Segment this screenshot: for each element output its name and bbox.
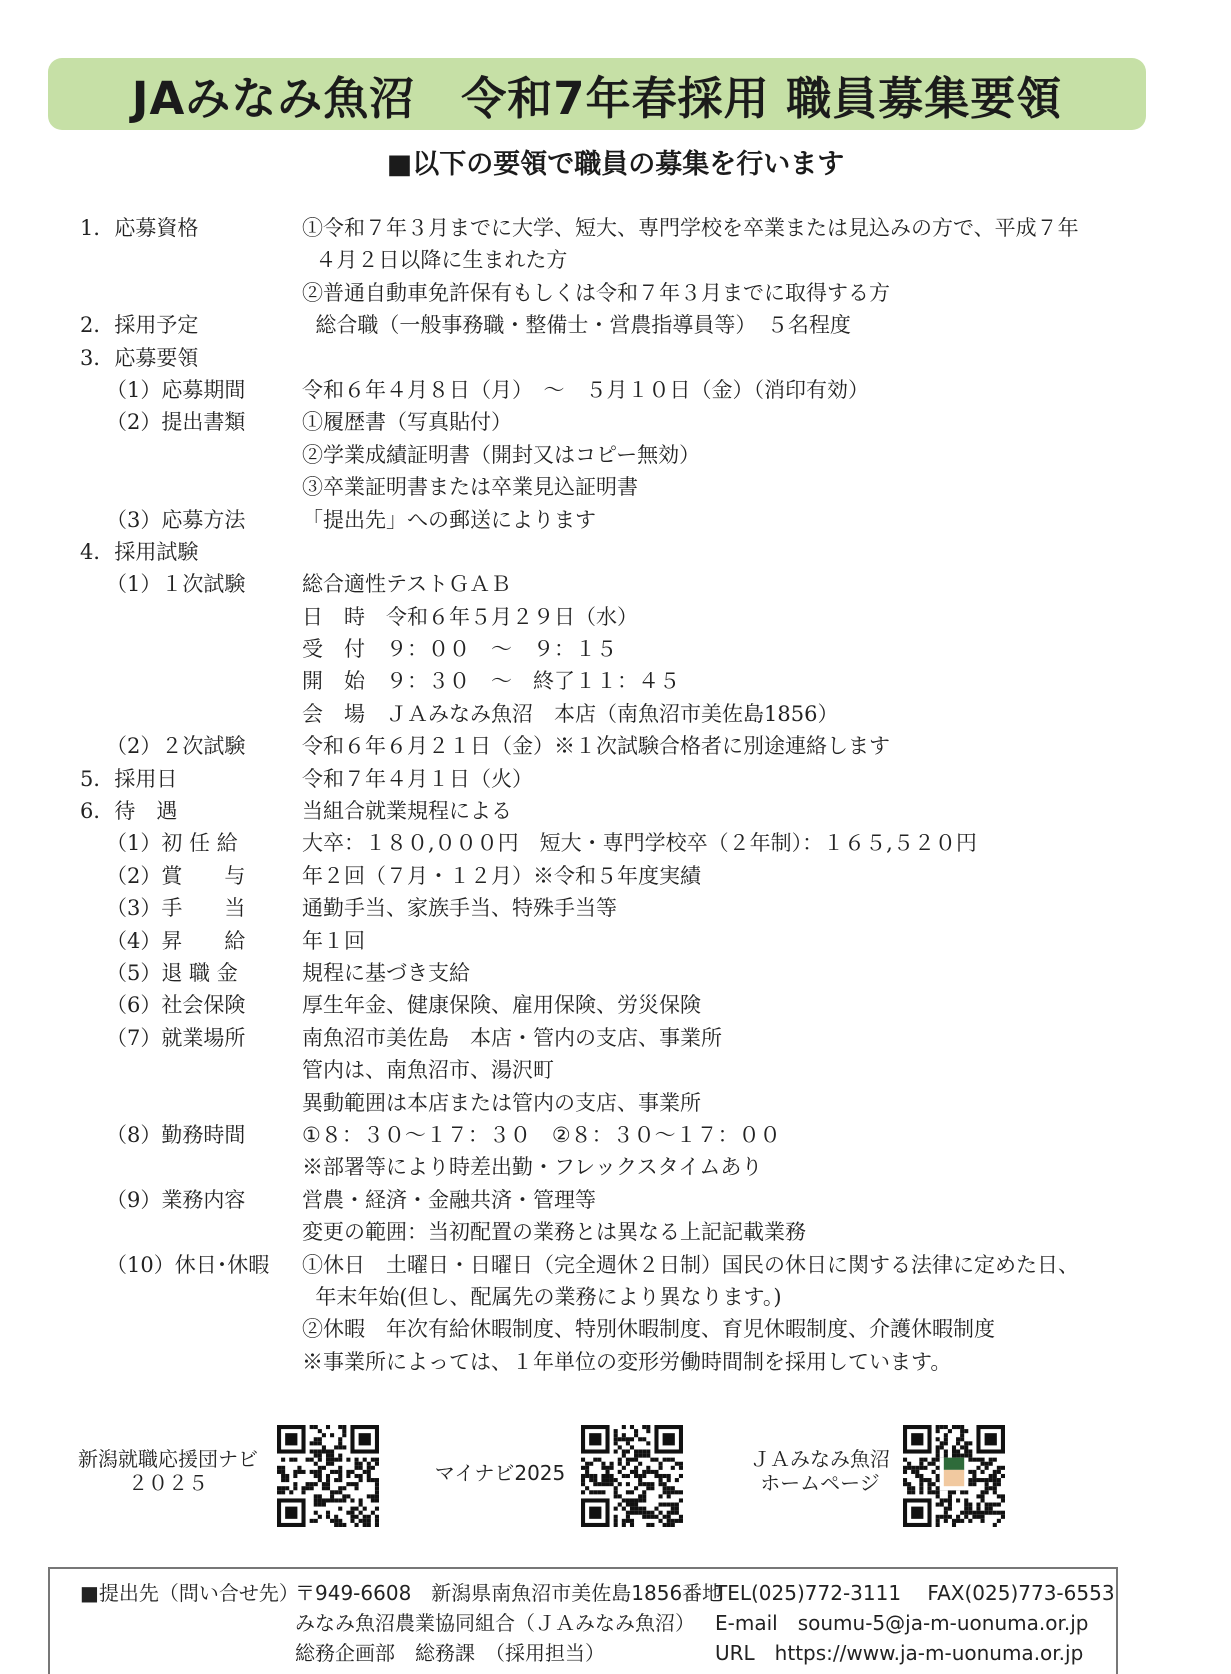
- contact-organization: みなみ魚沼農業協同組合（ＪＡみなみ魚沼）: [295, 1607, 695, 1639]
- list-item: 2．採用予定 総合職（一般事務職・整備士・営農指導員等） ５名程度: [80, 309, 1140, 341]
- section-value: 日 時 令和６年５月２９日（水）: [302, 601, 638, 633]
- section-value: 受 付 ９：００ ～ ９：１５: [302, 633, 617, 665]
- section-label: （8）勤務時間: [80, 1119, 302, 1151]
- section-label: （1）応募期間: [80, 374, 302, 406]
- section-label: 3．応募要領: [80, 342, 302, 374]
- recruitment-details: 1．応募資格①令和７年３月までに大学、短大、専門学校を卒業または見込みの方で、平…: [80, 212, 1140, 1378]
- qr-label-homepage: ＪＡみなみ魚沼 ホームページ: [740, 1447, 900, 1495]
- section-value: ②学業成績証明書（開封又はコピー無効）: [302, 439, 700, 471]
- section-value: 年２回（７月・１２月）※令和５年度実績: [302, 860, 701, 892]
- list-item: 年末年始(但し、配属先の業務により異なります。): [80, 1281, 1140, 1313]
- contact-url-link[interactable]: URL https://www.ja-m-uonuma.or.jp: [715, 1637, 1083, 1669]
- section-label: [80, 1313, 302, 1345]
- section-label: （3）手 当: [80, 892, 302, 924]
- list-item: 1．応募資格①令和７年３月までに大学、短大、専門学校を卒業または見込みの方で、平…: [80, 212, 1140, 244]
- section-value: ①８：３０～１７：３０ ②８：３０～１７：００: [302, 1119, 781, 1151]
- list-item: （2）２次試験令和６年６月２１日（金）※１次試験合格者に別途連絡します: [80, 730, 1140, 762]
- list-item: 会 場 ＪＡみなみ魚沼 本店（南魚沼市美佐島1856）: [80, 698, 1140, 730]
- list-item: （5）退 職 金規程に基づき支給: [80, 957, 1140, 989]
- list-item: 日 時 令和６年５月２９日（水）: [80, 601, 1140, 633]
- section-label: （5）退 職 金: [80, 957, 302, 989]
- section-label: [80, 633, 302, 665]
- section-label: 6．待 遇: [80, 795, 302, 827]
- qr-label-niigata-navi: 新潟就職応援団ナビ ２０２５: [78, 1447, 258, 1495]
- contact-email-link[interactable]: E-mail soumu-5@ja-m-uonuma.or.jp: [715, 1607, 1088, 1639]
- list-item: （2）提出書類①履歴書（写真貼付）: [80, 406, 1140, 438]
- section-value: ※事業所によっては、１年単位の変形労働時間制を採用しています。: [302, 1346, 951, 1378]
- section-value: 厚生年金、健康保険、雇用保険、労災保険: [302, 989, 701, 1021]
- section-value: 総合適性テストＧＡＢ: [302, 568, 511, 600]
- list-item: （1）初 任 給大卒：１８０,０００円 短大・専門学校卒（２年制）：１６５,５２…: [80, 827, 1140, 859]
- section-value: 「提出先」への郵送によります: [302, 504, 596, 536]
- list-item: （10）休日･休暇①休日 土曜日・日曜日（完全週休２日制）国民の休日に関する法律…: [80, 1249, 1140, 1281]
- page-title: JAみなみ魚沼 令和7年春採用 職員募集要領: [132, 62, 1063, 127]
- title-banner: JAみなみ魚沼 令和7年春採用 職員募集要領: [48, 58, 1146, 130]
- list-item: （7）就業場所南魚沼市美佐島 本店・管内の支店、事業所: [80, 1022, 1140, 1054]
- list-item: 開 始 ９：３０ ～ 終了１１：４５: [80, 665, 1140, 697]
- section-value: 会 場 ＪＡみなみ魚沼 本店（南魚沼市美佐島1856）: [302, 698, 838, 730]
- qr-code-icon[interactable]: [277, 1425, 379, 1527]
- section-value: 当組合就業規程による: [302, 795, 512, 827]
- list-item: ③卒業証明書または卒業見込証明書: [80, 471, 1140, 503]
- section-value: ①令和７年３月までに大学、短大、専門学校を卒業または見込みの方で、平成７年: [302, 212, 1079, 244]
- section-label: [80, 698, 302, 730]
- section-label: 2．採用予定: [80, 309, 302, 341]
- section-value: 年末年始(但し、配属先の業務により異なります。): [302, 1281, 782, 1313]
- qr-code-section: 新潟就職応援団ナビ ２０２５ マイナビ2025 ＪＡみなみ魚沼 ホームページ: [0, 1425, 1231, 1535]
- list-item: 管内は、南魚沼市、湯沢町: [80, 1054, 1140, 1086]
- section-value: ①休日 土曜日・日曜日（完全週休２日制）国民の休日に関する法律に定めた日、: [302, 1249, 1079, 1281]
- section-label: [80, 1281, 302, 1313]
- section-label: （4）昇 給: [80, 925, 302, 957]
- section-label: 1．応募資格: [80, 212, 302, 244]
- list-item: 受 付 ９：００ ～ ９：１５: [80, 633, 1140, 665]
- contact-postal-address: 〒949-6608 新潟県南魚沼市美佐島1856番地: [295, 1577, 722, 1609]
- section-label: [80, 244, 302, 276]
- list-item: 4．採用試験: [80, 536, 1140, 568]
- page-subtitle: ■以下の要領で職員の募集を行います: [0, 142, 1231, 181]
- list-item: 6．待 遇当組合就業規程による: [80, 795, 1140, 827]
- section-value: ①履歴書（写真貼付）: [302, 406, 512, 438]
- section-value: ③卒業証明書または卒業見込証明書: [302, 471, 638, 503]
- section-label: （2）提出書類: [80, 406, 302, 438]
- section-label: [80, 471, 302, 503]
- section-value: 管内は、南魚沼市、湯沢町: [302, 1054, 554, 1086]
- section-value: 通勤手当、家族手当、特殊手当等: [302, 892, 617, 924]
- section-value: 変更の範囲：当初配置の業務とは異なる上記記載業務: [302, 1216, 806, 1248]
- section-label: （9）業務内容: [80, 1184, 302, 1216]
- section-value: 総合職（一般事務職・整備士・営農指導員等） ５名程度: [302, 309, 851, 341]
- list-item: （1）１次試験総合適性テストＧＡＢ: [80, 568, 1140, 600]
- list-item: （6）社会保険厚生年金、健康保険、雇用保険、労災保険: [80, 989, 1140, 1021]
- list-item: ４月２日以降に生まれた方: [80, 244, 1140, 276]
- list-item: （2）賞 与年２回（７月・１２月）※令和５年度実績: [80, 860, 1140, 892]
- section-label: （1）初 任 給: [80, 827, 302, 859]
- qr-code-icon[interactable]: [903, 1425, 1005, 1527]
- section-value: ※部署等により時差出勤・フレックスタイムあり: [302, 1151, 762, 1183]
- list-item: （8）勤務時間①８：３０～１７：３０ ②８：３０～１７：００: [80, 1119, 1140, 1151]
- section-label: [80, 1054, 302, 1086]
- list-item: （4）昇 給年１回: [80, 925, 1140, 957]
- section-label: [80, 601, 302, 633]
- section-label: 4．採用試験: [80, 536, 302, 568]
- list-item: 変更の範囲：当初配置の業務とは異なる上記記載業務: [80, 1216, 1140, 1248]
- section-value: 開 始 ９：３０ ～ 終了１１：４５: [302, 665, 680, 697]
- list-item: ②学業成績証明書（開封又はコピー無効）: [80, 439, 1140, 471]
- section-label: （6）社会保険: [80, 989, 302, 1021]
- section-label: （2）２次試験: [80, 730, 302, 762]
- contact-department: 総務企画部 総務課 （採用担当）: [295, 1637, 605, 1669]
- section-label: （1）１次試験: [80, 568, 302, 600]
- list-item: ②休暇 年次有給休暇制度、特別休暇制度、育児休暇制度、介護休暇制度: [80, 1313, 1140, 1345]
- list-item: ※部署等により時差出勤・フレックスタイムあり: [80, 1151, 1140, 1183]
- contact-tel-fax: TEL(025)772-3111 FAX(025)773-6553: [715, 1577, 1115, 1609]
- section-label: [80, 277, 302, 309]
- list-item: 5．採用日令和７年４月１日（火）: [80, 763, 1140, 795]
- list-item: ②普通自動車免許保有もしくは令和７年３月までに取得する方: [80, 277, 1140, 309]
- section-value: 異動範囲は本店または管内の支店、事業所: [302, 1087, 701, 1119]
- section-label: 5．採用日: [80, 763, 302, 795]
- qr-label-mynavi: マイナビ2025: [430, 1461, 570, 1485]
- list-item: （3）手 当通勤手当、家族手当、特殊手当等: [80, 892, 1140, 924]
- section-value: 年１回: [302, 925, 365, 957]
- section-value: 令和６年６月２１日（金）※１次試験合格者に別途連絡します: [302, 730, 890, 762]
- section-label: （2）賞 与: [80, 860, 302, 892]
- list-item: 異動範囲は本店または管内の支店、事業所: [80, 1087, 1140, 1119]
- section-label: （10）休日･休暇: [80, 1249, 302, 1281]
- section-value: 大卒：１８０,０００円 短大・専門学校卒（２年制）：１６５,５２０円: [302, 827, 977, 859]
- section-value: 営農・経済・金融共済・管理等: [302, 1184, 596, 1216]
- qr-code-icon[interactable]: [581, 1425, 683, 1527]
- section-value: ②休暇 年次有給休暇制度、特別休暇制度、育児休暇制度、介護休暇制度: [302, 1313, 995, 1345]
- section-label: [80, 1216, 302, 1248]
- list-item: 3．応募要領: [80, 342, 1140, 374]
- section-label: [80, 1346, 302, 1378]
- section-value: ②普通自動車免許保有もしくは令和７年３月までに取得する方: [302, 277, 890, 309]
- section-label: [80, 665, 302, 697]
- contact-box: ■提出先（問い合せ先） 〒949-6608 新潟県南魚沼市美佐島1856番地 み…: [48, 1567, 1118, 1674]
- list-item: （1）応募期間令和６年４月８日（月） ～ ５月１０日（金）（消印有効）: [80, 374, 1140, 406]
- section-value: 令和６年４月８日（月） ～ ５月１０日（金）（消印有効）: [302, 374, 869, 406]
- section-value: ４月２日以降に生まれた方: [302, 244, 567, 276]
- contact-heading: ■提出先（問い合せ先）: [80, 1577, 299, 1609]
- list-item: （9）業務内容営農・経済・金融共済・管理等: [80, 1184, 1140, 1216]
- section-value: 規程に基づき支給: [302, 957, 470, 989]
- list-item: ※事業所によっては、１年単位の変形労働時間制を採用しています。: [80, 1346, 1140, 1378]
- section-label: （7）就業場所: [80, 1022, 302, 1054]
- section-value: 南魚沼市美佐島 本店・管内の支店、事業所: [302, 1022, 722, 1054]
- section-label: （3）応募方法: [80, 504, 302, 536]
- section-label: [80, 1087, 302, 1119]
- list-item: （3）応募方法「提出先」への郵送によります: [80, 504, 1140, 536]
- section-value: 令和７年４月１日（火）: [302, 763, 533, 795]
- section-label: [80, 1151, 302, 1183]
- section-label: [80, 439, 302, 471]
